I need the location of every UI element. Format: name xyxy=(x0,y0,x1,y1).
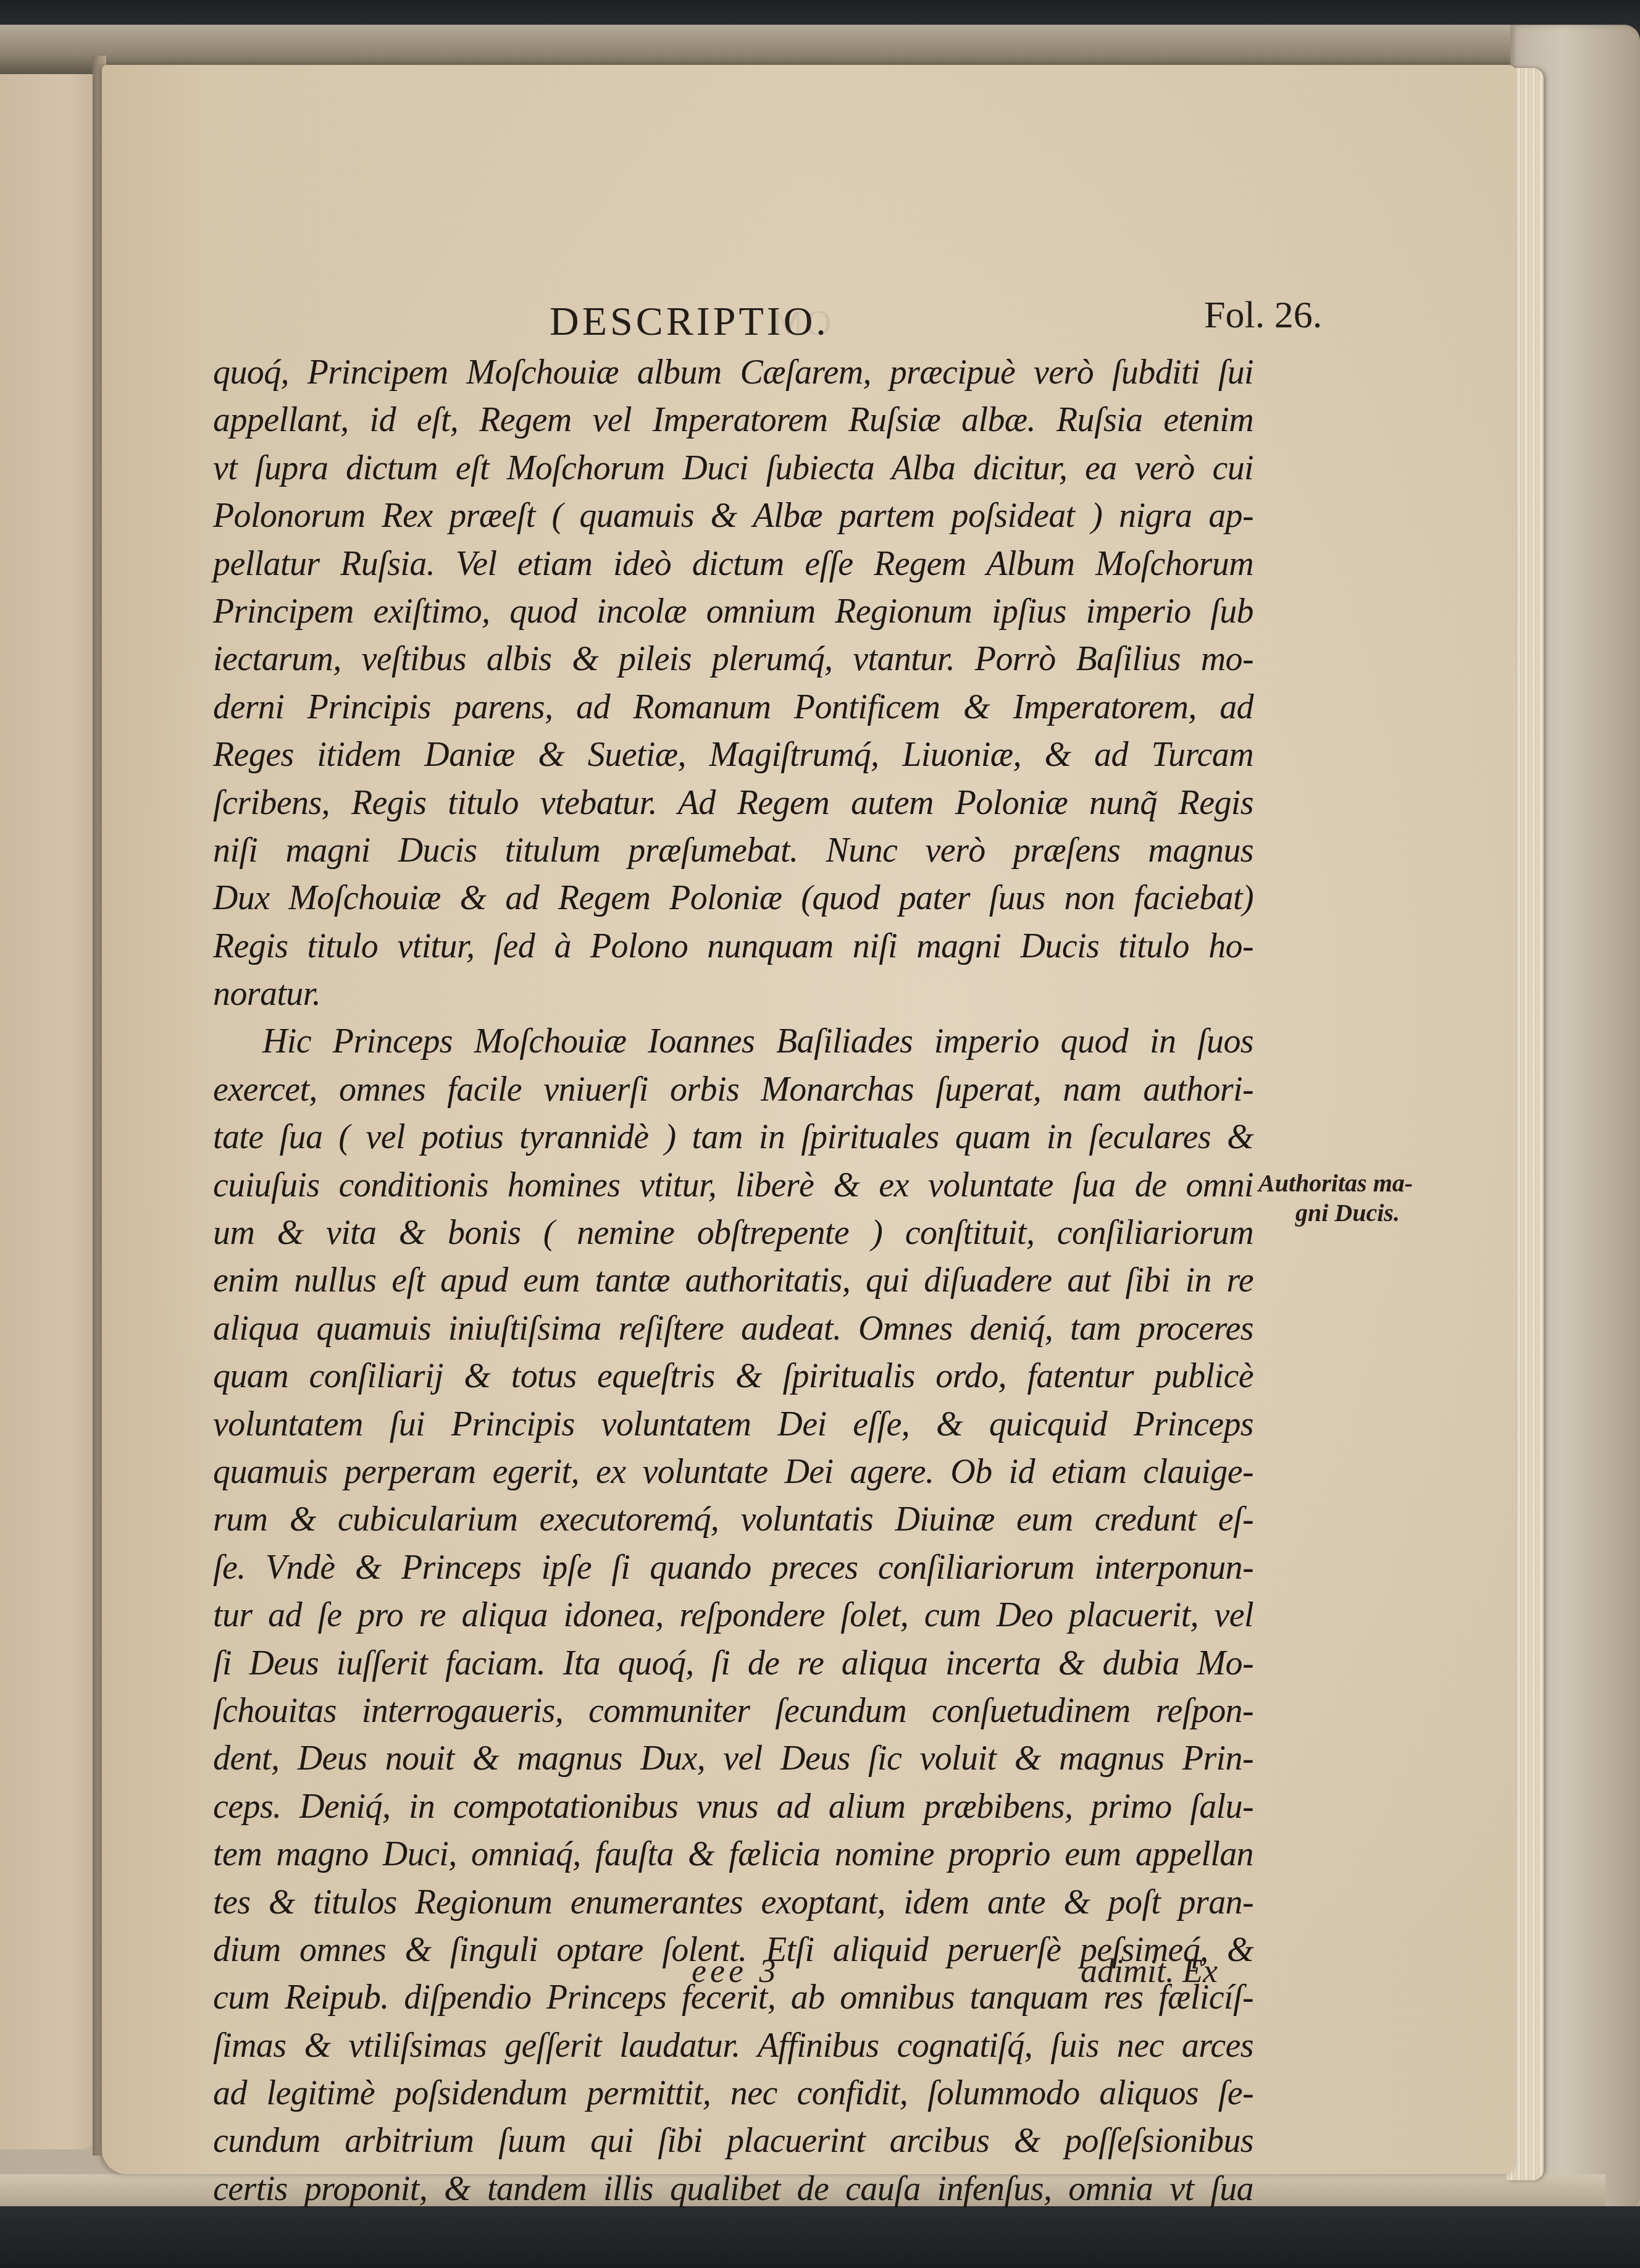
text-line: derni Principis parens, ad Romanum Ponti… xyxy=(213,684,1253,731)
text-line: Regis titulo vtitur, ſed à Polono nunqua… xyxy=(213,923,1253,970)
page-footer: eee 3 adimit. Ex xyxy=(102,1952,1516,1995)
show-through-text: OM xyxy=(769,302,831,343)
text-line: ſchouitas interrogaueris, communiter ſec… xyxy=(213,1687,1253,1735)
text-line: ceps. Deniq́, in compotationibus vnus ad… xyxy=(213,1783,1253,1831)
marginal-note-line-1: Authoritas ma- xyxy=(1258,1169,1413,1198)
text-line: tur ad ſe pro re aliqua idonea, reſponde… xyxy=(213,1592,1253,1639)
text-line: cundum arbitrium ſuum qui ſibi placuerin… xyxy=(213,2117,1253,2165)
text-line: aliqua quamuis iniuſtiſsima reſiſtere au… xyxy=(213,1305,1253,1353)
text-line: Reges itidem Daniæ & Suetiæ, Magiſtrumq́… xyxy=(213,731,1253,779)
text-line: quamuis perperam egerit, ex voluntate De… xyxy=(213,1448,1253,1496)
text-line: niſi magni Ducis titulum præſumebat. Nun… xyxy=(213,827,1253,875)
text-line: Principem exiſtimo, quod incolæ omnium R… xyxy=(213,588,1253,636)
text-line: exercet, omnes facile vniuerſi orbis Mon… xyxy=(213,1066,1253,1114)
text-line-paragraph-end: noratur. xyxy=(213,970,1253,1018)
recto-page: DESCRIPTIO. OM Fol. 26. quoq́, Principem… xyxy=(102,65,1516,2174)
text-line: tate ſua ( vel potius tyrannidè ) tam in… xyxy=(213,1114,1253,1161)
text-line: um & vita & bonis ( nemine obſtrepente )… xyxy=(213,1209,1253,1257)
text-line: dent, Deus nouit & magnus Dux, vel Deus … xyxy=(213,1735,1253,1783)
text-line: cuiuſuis conditionis homines vtitur, lib… xyxy=(213,1162,1253,1209)
marginal-note: Authoritas ma- gni Ducis. xyxy=(1258,1169,1413,1228)
text-line: ſcribens, Regis titulo vtebatur. Ad Rege… xyxy=(213,779,1253,827)
folio-number: Fol. 26. xyxy=(1204,293,1322,337)
text-line: quoq́, Principem Moſchouiæ album Cæſarem… xyxy=(213,349,1253,397)
text-line: ſe. Vndè & Princeps ipſe ſi quando prece… xyxy=(213,1544,1253,1592)
text-line: rum & cubicularium executoremq́, volunta… xyxy=(213,1496,1253,1543)
text-line-paragraph-start: Hic Princeps Moſchouiæ Ioannes Baſiliade… xyxy=(213,1018,1253,1065)
text-line: Dux Moſchouiæ & ad Regem Poloniæ (quod p… xyxy=(213,875,1253,922)
text-line: appellant, id eſt, Regem vel Imperatorem… xyxy=(213,397,1253,444)
text-line: voluntatem ſui Principis voluntatem Dei … xyxy=(213,1401,1253,1448)
text-line: enim nullus eſt apud eum tantæ authorita… xyxy=(213,1257,1253,1304)
text-line: ſi Deus iuſſerit faciam. Ita quoq́, ſi d… xyxy=(213,1640,1253,1687)
text-line: ad legitimè poſsidendum permittit, nec c… xyxy=(213,2070,1253,2117)
text-line: tem magno Duci, omniaq́, fauſta & fælici… xyxy=(213,1831,1253,1878)
background-bottom xyxy=(0,2206,1640,2268)
text-line: iectarum, veſtibus albis & pileis plerum… xyxy=(213,636,1253,683)
text-line: quam conſiliarij & totus equeſtris & ſpi… xyxy=(213,1353,1253,1400)
text-line: vt ſupra dictum eſt Moſchorum Duci ſubie… xyxy=(213,445,1253,492)
signature-mark: eee 3 xyxy=(692,1952,779,1990)
verso-page-fragment xyxy=(0,74,99,2149)
text-line: certis proponit, & tandem illis qualibet… xyxy=(213,2165,1253,2213)
text-line: tes & titulos Regionum enumerantes exopt… xyxy=(213,1879,1253,1926)
text-line: pellatur Ruſsia. Vel etiam ideò dictum e… xyxy=(213,540,1253,588)
text-line: Polonorum Rex præeſt ( quamuis & Albæ pa… xyxy=(213,492,1253,540)
catchword: adimit. Ex xyxy=(1081,1952,1218,1990)
running-head: DESCRIPTIO. OM Fol. 26. xyxy=(102,298,1516,342)
body-text: quoq́, Principem Moſchouiæ album Cæſarem… xyxy=(213,349,1253,2213)
marginal-note-line-2: gni Ducis. xyxy=(1258,1198,1413,1228)
text-line: ſimas & vtiliſsimas geſſerit laudatur. A… xyxy=(213,2022,1253,2070)
